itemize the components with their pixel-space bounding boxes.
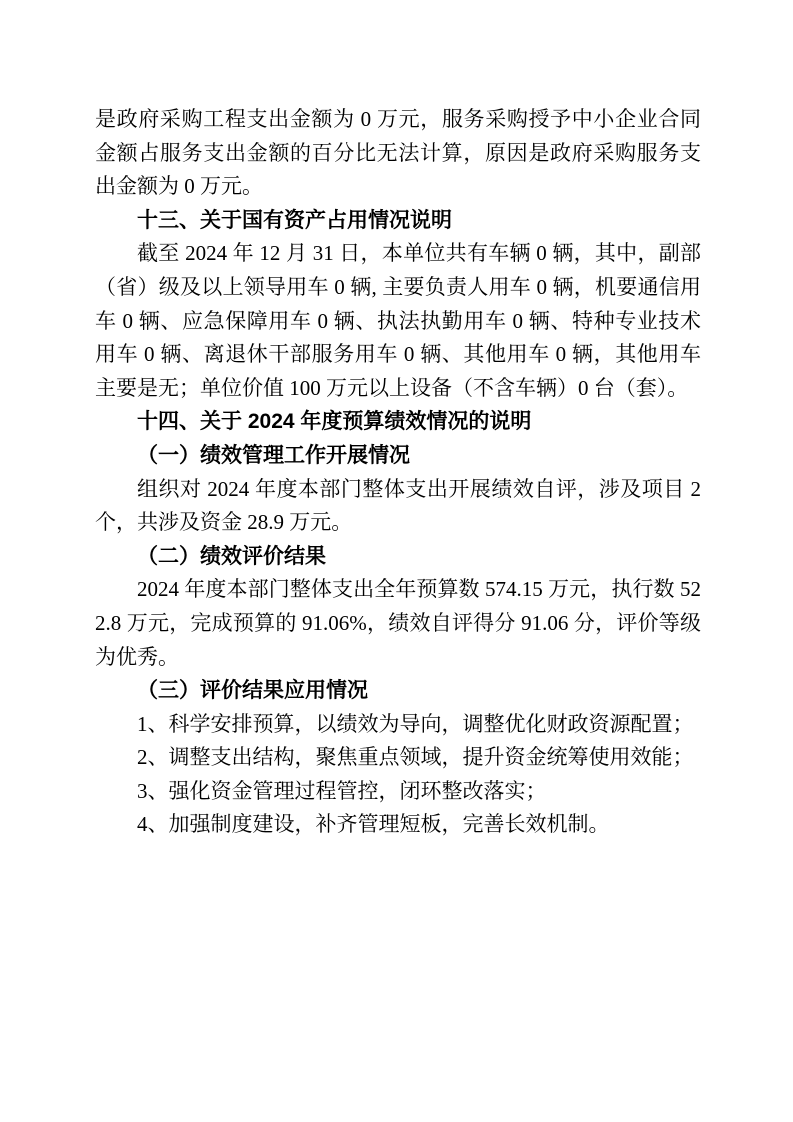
paragraph: 2024 年度本部门整体支出全年预算数 574.15 万元，执行数 522.8 …	[95, 573, 701, 674]
list-item: 3、强化资金管理过程管控，闭环整改落实；	[95, 775, 701, 809]
document-content: 是政府采购工程支出金额为 0 万元，服务采购授予中小企业合同金额占服务支出金额的…	[95, 103, 701, 842]
list-item: 1、科学安排预算，以绩效为导向，调整优化财政资源配置；	[95, 708, 701, 742]
subsection-heading: （一）绩效管理工作开展情况	[95, 439, 701, 473]
document-page: 是政府采购工程支出金额为 0 万元，服务采购授予中小企业合同金额占服务支出金额的…	[0, 0, 793, 1122]
paragraph: 组织对 2024 年度本部门整体支出开展绩效自评，涉及项目 2 个，共涉及资金 …	[95, 473, 701, 540]
list-item: 4、加强制度建设，补齐管理短板，完善长效机制。	[95, 808, 701, 842]
subsection-heading: （二）绩效评价结果	[95, 540, 701, 574]
paragraph: 是政府采购工程支出金额为 0 万元，服务采购授予中小企业合同金额占服务支出金额的…	[95, 103, 701, 204]
paragraph: 截至 2024 年 12 月 31 日，本单位共有车辆 0 辆，其中，副部（省）…	[95, 237, 701, 405]
section-heading: 十四、关于 2024 年度预算绩效情况的说明	[95, 405, 701, 439]
subsection-heading: （三）评价结果应用情况	[95, 674, 701, 708]
section-heading: 十三、关于国有资产占用情况说明	[95, 204, 701, 238]
list-item: 2、调整支出结构，聚焦重点领域，提升资金统筹使用效能；	[95, 741, 701, 775]
